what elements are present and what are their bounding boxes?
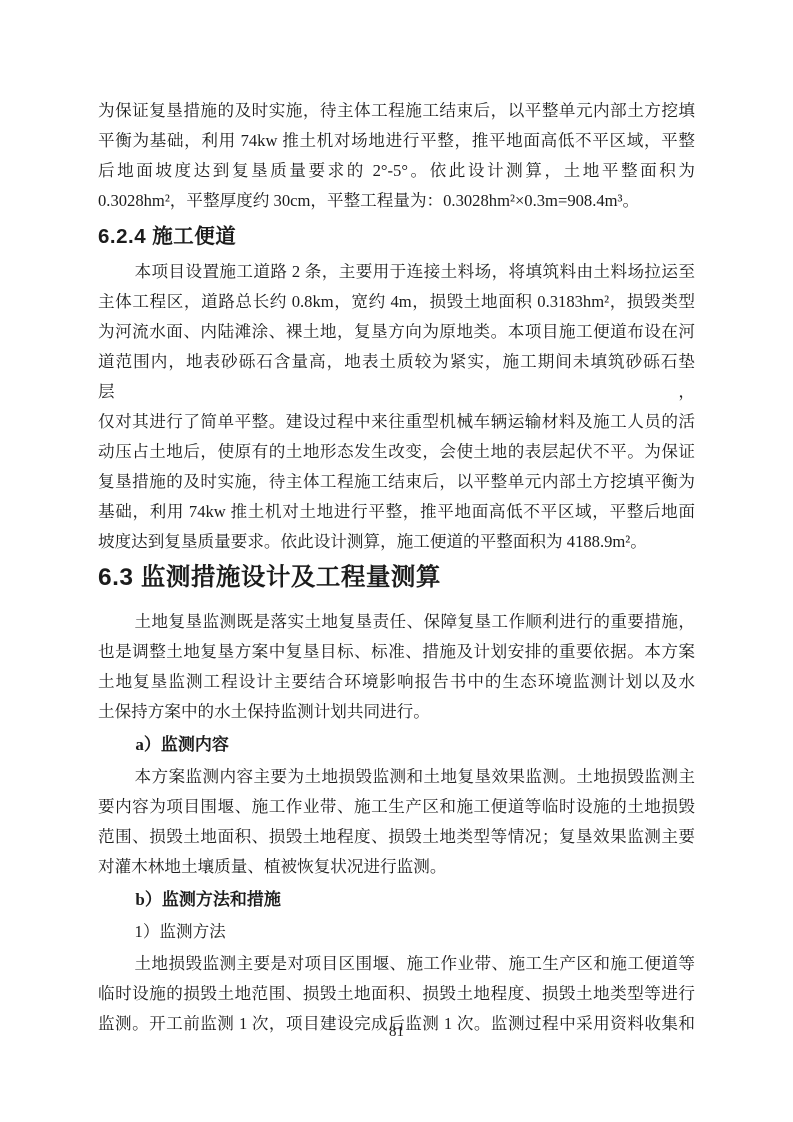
paragraph-monitoring-content: 本方案监测内容主要为土地损毁监测和土地复垦效果监测。土地损毁监测主 要内容为项目…: [98, 762, 695, 882]
text-line: 本项目设置施工道路 2 条，主要用于连接土料场，将填筑料由土料场拉运至: [98, 257, 695, 287]
paragraph-continuation: 为保证复垦措施的及时实施，待主体工程施工结束后，以平整单元内部土方挖填 平衡为基…: [98, 96, 695, 216]
paragraph-construction-road: 本项目设置施工道路 2 条，主要用于连接土料场，将填筑料由土料场拉运至 主体工程…: [98, 257, 695, 557]
text-line: 平衡为基础，利用 74kw 推土机对场地进行平整，推平地面高低不平区域，平整: [98, 126, 695, 156]
text-line: 道范围内，地表砂砾石含量高，地表土质较为紧实，施工期间未填筑砂砾石垫层，: [98, 347, 695, 407]
text-line: 为保证复垦措施的及时实施，待主体工程施工结束后，以平整单元内部土方挖填: [98, 96, 695, 126]
text-line: 土地损毁监测主要是对项目区围堰、施工作业带、施工生产区和施工便道等: [98, 949, 695, 979]
text-line: 土保持方案中的水土保持监测计划共同进行。: [98, 697, 695, 727]
text-line: 坡度达到复垦质量要求。依此设计测算，施工便道的平整面积为 4188.9m²。: [98, 527, 695, 557]
text-line: 也是调整土地复垦方案中复垦目标、标准、措施及计划安排的重要依据。本方案: [98, 637, 695, 667]
text-line: 复垦措施的及时实施，待主体工程施工结束后，以平整单元内部土方挖填平衡为: [98, 467, 695, 497]
paragraph-monitoring-intro: 土地复垦监测既是落实土地复垦责任、保障复垦工作顺利进行的重要措施， 也是调整土地…: [98, 607, 695, 727]
document-content: 为保证复垦措施的及时实施，待主体工程施工结束后，以平整单元内部土方挖填 平衡为基…: [98, 0, 695, 1039]
text-line: 0.3028hm²，平整厚度约 30cm，平整工程量为：0.3028hm²×0.…: [98, 186, 695, 216]
text-line: 对灌木林地土壤质量、植被恢复状况进行监测。: [98, 852, 695, 882]
document-page: 为保证复垦措施的及时实施，待主体工程施工结束后，以平整单元内部土方挖填 平衡为基…: [0, 0, 793, 1122]
section-heading-6-2-4: 6.2.4 施工便道: [98, 222, 695, 252]
subheading-b-monitoring-methods: b）监测方法和措施: [98, 885, 695, 915]
text-line: 要内容为项目围堰、施工作业带、施工生产区和施工便道等临时设施的土地损毁: [98, 792, 695, 822]
text-line: 本方案监测内容主要为土地损毁监测和土地复垦效果监测。土地损毁监测主: [98, 762, 695, 792]
text-line: 仅对其进行了简单平整。建设过程中来往重型机械车辆运输材料及施工人员的活: [98, 407, 695, 437]
text-line: 动压占土地后，使原有的土地形态发生改变，会使土地的表层起伏不平。为保证: [98, 437, 695, 467]
text-line: 为河流水面、内陆滩涂、裸土地，复垦方向为原地类。本项目施工便道布设在河: [98, 317, 695, 347]
text-line: 临时设施的损毁土地范围、损毁土地面积、损毁土地程度、损毁土地类型等进行: [98, 979, 695, 1009]
text-line: 范围、损毁土地面积、损毁土地程度、损毁土地类型等情况；复垦效果监测主要: [98, 822, 695, 852]
page-number: 81: [0, 1022, 793, 1042]
text-line: 后地面坡度达到复垦质量要求的 2°-5°。依此设计测算，土地平整面积为: [98, 156, 695, 186]
text-line: 基础，利用 74kw 推土机对土地进行平整，推平地面高低不平区域，平整后地面: [98, 497, 695, 527]
text-line: 土地复垦监测既是落实土地复垦责任、保障复垦工作顺利进行的重要措施，: [98, 607, 695, 637]
section-heading-6-3: 6.3 监测措施设计及工程量测算: [98, 561, 695, 595]
list-item-1-monitoring-method: 1）监测方法: [98, 917, 695, 947]
subheading-a-monitoring-content: a）监测内容: [98, 730, 695, 760]
text-line: 土地复垦监测工程设计主要结合环境影响报告书中的生态环境监测计划以及水: [98, 667, 695, 697]
text-line: 主体工程区，道路总长约 0.8km，宽约 4m，损毁土地面积 0.3183hm²…: [98, 287, 695, 317]
